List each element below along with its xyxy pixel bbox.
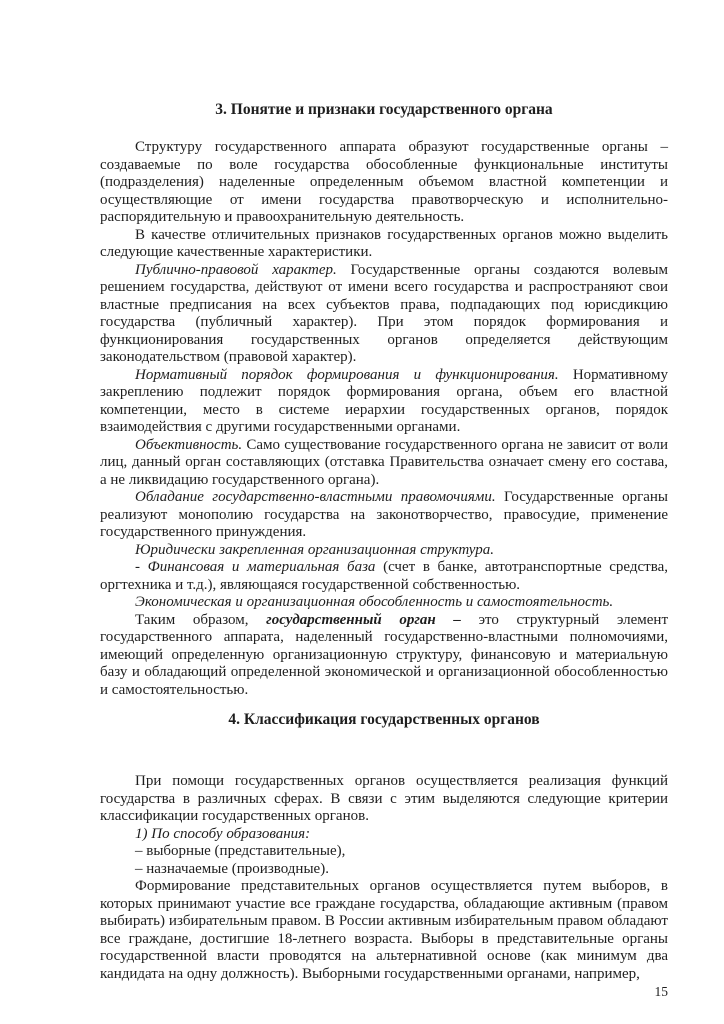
paragraph: - Финансовая и материальная база (счет в… <box>100 559 668 594</box>
list-item: – выборные (представительные), <box>100 843 668 861</box>
paragraph: Публично-правовой характер. Государствен… <box>100 262 668 367</box>
paragraph: Обладание государственно-властными право… <box>100 489 668 542</box>
text-run: Публично-правовой характер. <box>135 262 337 278</box>
text-run: Экономическая и организационная обособле… <box>135 594 613 610</box>
text-run: - Финансовая и материальная база <box>135 559 375 575</box>
page-number: 15 <box>100 984 668 1000</box>
text-run: Объективность. <box>135 437 242 453</box>
section-heading: 3. Понятие и признаки государственного о… <box>100 101 668 119</box>
text-run: Обладание государственно-властными право… <box>135 489 496 505</box>
paragraph: Формирование представительных органов ос… <box>100 878 668 983</box>
text-run: 1) По способу образования: <box>135 826 310 842</box>
paragraph: В качестве отличительных признаков госуд… <box>100 227 668 262</box>
text-run: Таким образом, <box>135 612 266 628</box>
paragraph: Объективность. Само существование госуда… <box>100 437 668 490</box>
paragraph: Юридически закрепленная организационная … <box>100 542 668 560</box>
document-page: 3. Понятие и признаки государственного о… <box>0 0 724 1024</box>
paragraph: Таким образом, государственный орган – э… <box>100 612 668 700</box>
text-run: Нормативный порядок формирования и функц… <box>135 367 559 383</box>
list-label: 1) По способу образования: <box>100 826 668 844</box>
paragraph: Структуру государственного аппарата обра… <box>100 139 668 227</box>
paragraph: При помощи государственных органов осуще… <box>100 773 668 826</box>
paragraph: Нормативный порядок формирования и функц… <box>100 367 668 437</box>
text-run: Юридически закрепленная организационная … <box>135 542 494 558</box>
page-content: 3. Понятие и признаки государственного о… <box>100 0 668 1000</box>
paragraph: Экономическая и организационная обособле… <box>100 594 668 612</box>
key-term: государственный орган – <box>266 612 478 628</box>
section-heading: 4. Классификация государственных органов <box>100 711 668 729</box>
list-item: – назначаемые (производные). <box>100 861 668 879</box>
